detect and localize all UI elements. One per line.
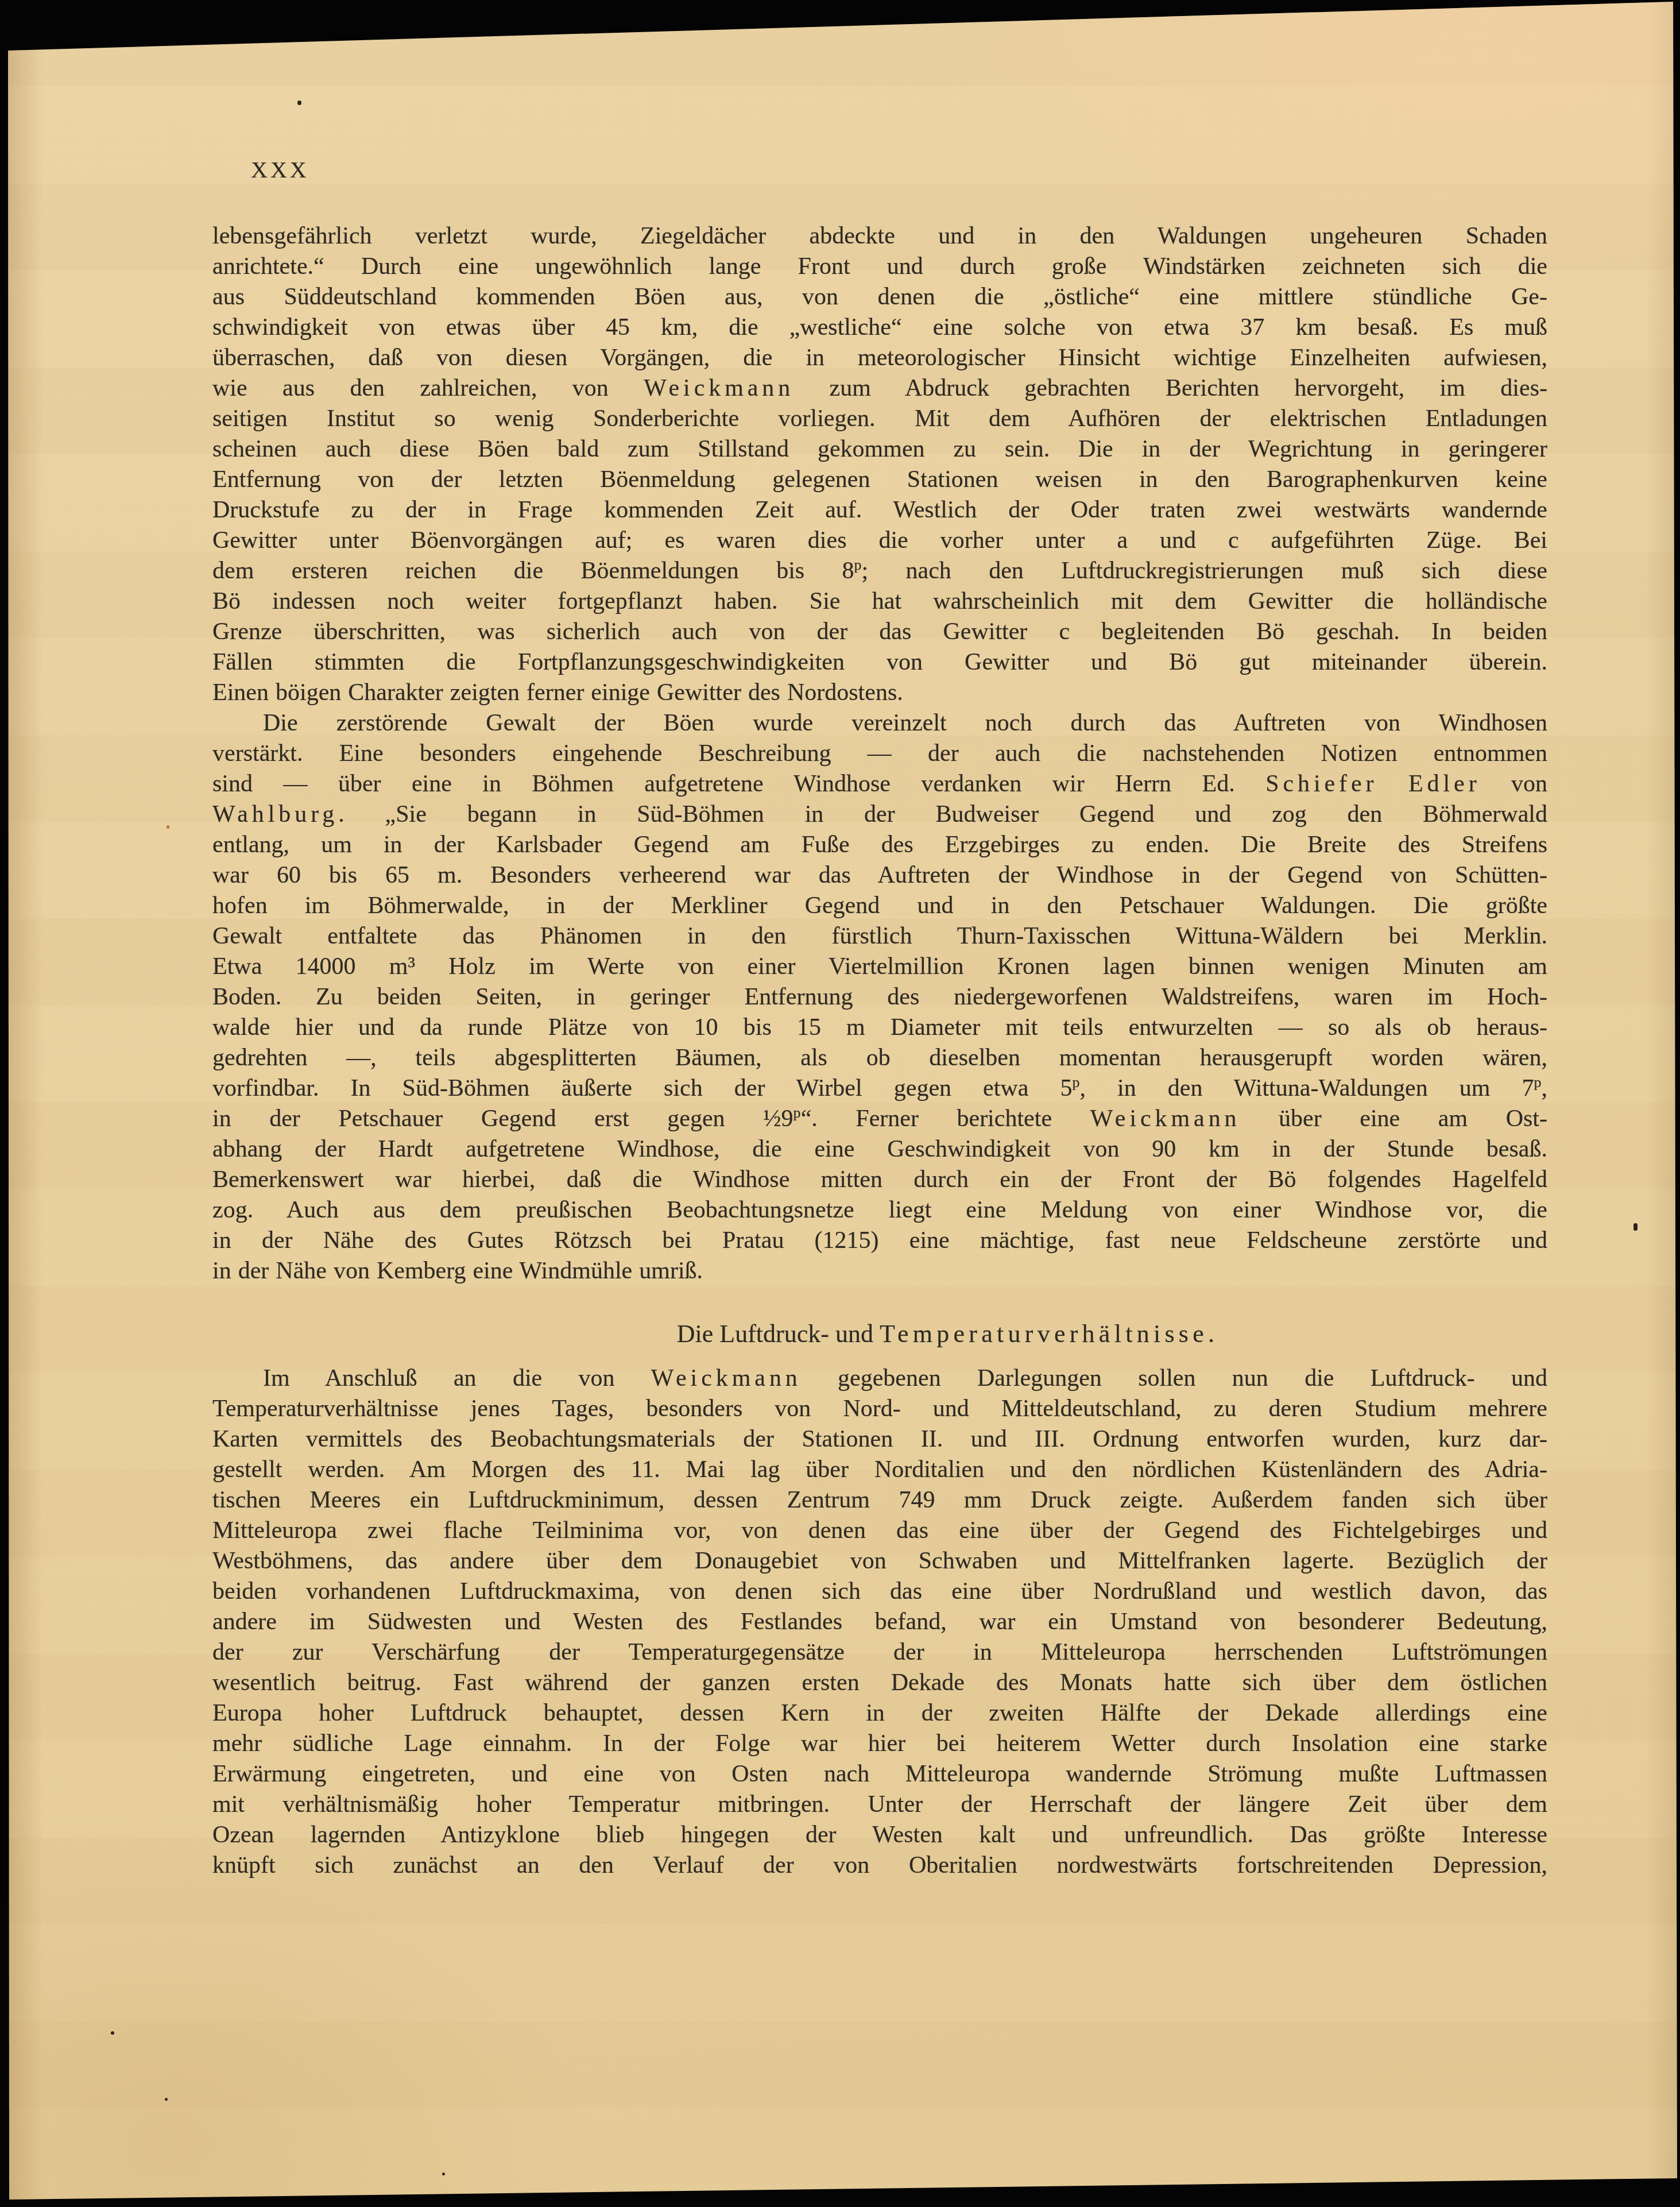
text-line: Entfernung von der letzten Böenmeldung g… [212,465,1547,495]
text-line: Erwärmung eingetreten, und eine von Oste… [212,1759,1547,1789]
text-line: Druckstufe zu der in Frage kommenden Zei… [212,495,1547,525]
text-line: mit verhältnismäßig hoher Temperatur mit… [212,1789,1547,1820]
text-line: Europa hoher Luftdruck behauptet, dessen… [212,1698,1547,1729]
text-line: aus Süddeutschland kommenden Böen aus, v… [212,282,1547,312]
text-line: Mitteleuropa zwei flache Teilminima vor,… [212,1516,1547,1546]
text-line: vorfindbar. In Süd-Böhmen äußerte sich d… [212,1073,1547,1104]
text-line: Einen böigen Charakter zeigten ferner ei… [212,678,1547,708]
text-line: sind — über eine in Böhmen aufgetretene … [212,769,1547,799]
text-line: Die zerstörende Gewalt der Böen wurde ve… [212,708,1547,739]
text-line: Karten vermittels des Beobachtungsmateri… [212,1424,1547,1455]
text-line: seitigen Institut so wenig Sonderbericht… [212,404,1547,434]
ink-speck [442,2173,445,2175]
text-line: wesentlich beitrug. Fast während der gan… [212,1668,1547,1698]
text-line: zog. Auch aus dem preußischen Beobachtun… [212,1195,1547,1226]
text-line: walde hier und da runde Plätze von 10 bi… [212,1012,1547,1043]
text-line: lebensgefährlich verletzt wurde, Ziegeld… [212,221,1547,252]
paragraph: Im Anschluß an die von Weickmann gegeben… [212,1363,1547,1881]
text-line: abhang der Hardt aufgetretene Windhose, … [212,1134,1547,1165]
text-line: gestellt werden. Am Morgen des 11. Mai l… [212,1455,1547,1485]
text-line: tischen Meeres ein Luftdruckminimum, des… [212,1485,1547,1516]
text-line: Gewalt entfaltete das Phänomen in den fü… [212,921,1547,952]
text-line: dem ersteren reichen die Böenmeldungen b… [212,556,1547,586]
text-line: scheinen auch diese Böen bald zum Stills… [212,434,1547,465]
text-line: andere im Südwesten und Westen des Festl… [212,1607,1547,1637]
section-heading-spaced-text: Temperaturverhältnisse. [880,1320,1218,1348]
paragraph: Die zerstörende Gewalt der Böen wurde ve… [212,708,1547,1286]
ink-speck [1633,1223,1638,1231]
scanned-page: XXX lebensgefährlich verletzt wurde, Zie… [0,0,1680,2207]
text-line: Etwa 14000 m³ Holz im Werte von einer Vi… [212,952,1547,982]
body-text: lebensgefährlich verletzt wurde, Ziegeld… [212,221,1547,1881]
text-line: in der Nähe von Kemberg eine Windmühle u… [212,1256,1547,1286]
text-line: überraschen, daß von diesen Vorgängen, d… [212,343,1547,373]
text-line: Temperaturverhältnisse jenes Tages, beso… [212,1394,1547,1424]
text-line: der zur Verschärfung der Temperaturgegen… [212,1637,1547,1668]
text-line: Grenze überschritten, was sicherlich auc… [212,617,1547,647]
text-line: Ozean lagernden Antizyklone blieb hingeg… [212,1820,1547,1850]
text-line: in der Petschauer Gegend erst gegen ½9p“… [212,1104,1547,1134]
text-line: Fällen stimmten die Fortpflanzungsgeschw… [212,647,1547,678]
page-number: XXX [251,156,309,183]
ink-speck [167,825,169,829]
text-line: Bemerkenswert war hierbei, daß die Windh… [212,1165,1547,1195]
text-line: verstärkt. Eine besonders eingehende Bes… [212,739,1547,769]
text-line: wie aus den zahlreichen, von Weickmann z… [212,373,1547,404]
text-line: Gewitter unter Böenvorgängen auf; es war… [212,525,1547,556]
ink-speck [165,2098,168,2101]
section-heading-text: Die Luftdruck- und [677,1320,880,1348]
ink-speck [111,2031,114,2035]
text-line: gedrehten —, teils abgesplitterten Bäume… [212,1043,1547,1073]
section-heading: Die Luftdruck- und Temperaturverhältniss… [212,1319,1547,1350]
text-line: hofen im Böhmerwalde, in der Merkliner G… [212,891,1547,921]
text-line: beiden vorhandenen Luftdruckmaxima, von … [212,1576,1547,1607]
text-line: entlang, um in der Karlsbader Gegend am … [212,830,1547,860]
text-line: in der Nähe des Gutes Rötzsch bei Pratau… [212,1226,1547,1256]
paragraph: lebensgefährlich verletzt wurde, Ziegeld… [212,221,1547,708]
text-line: schwindigkeit von etwas über 45 km, die … [212,312,1547,343]
text-line: Wahlburg. „Sie begann in Süd-Böhmen in d… [212,799,1547,830]
text-line: Im Anschluß an die von Weickmann gegeben… [212,1363,1547,1394]
text-line: Westböhmens, das andere über dem Donauge… [212,1546,1547,1576]
text-line: war 60 bis 65 m. Besonders verheerend wa… [212,860,1547,891]
text-line: knüpft sich zunächst an den Verlauf der … [212,1850,1547,1881]
text-line: anrichtete.“ Durch eine ungewöhnlich lan… [212,252,1547,282]
text-line: Boden. Zu beiden Seiten, in geringer Ent… [212,982,1547,1012]
text-line: Bö indessen noch weiter fortgepflanzt ha… [212,586,1547,617]
ink-speck [297,101,301,105]
text-line: mehr südliche Lage einnahm. In der Folge… [212,1729,1547,1759]
